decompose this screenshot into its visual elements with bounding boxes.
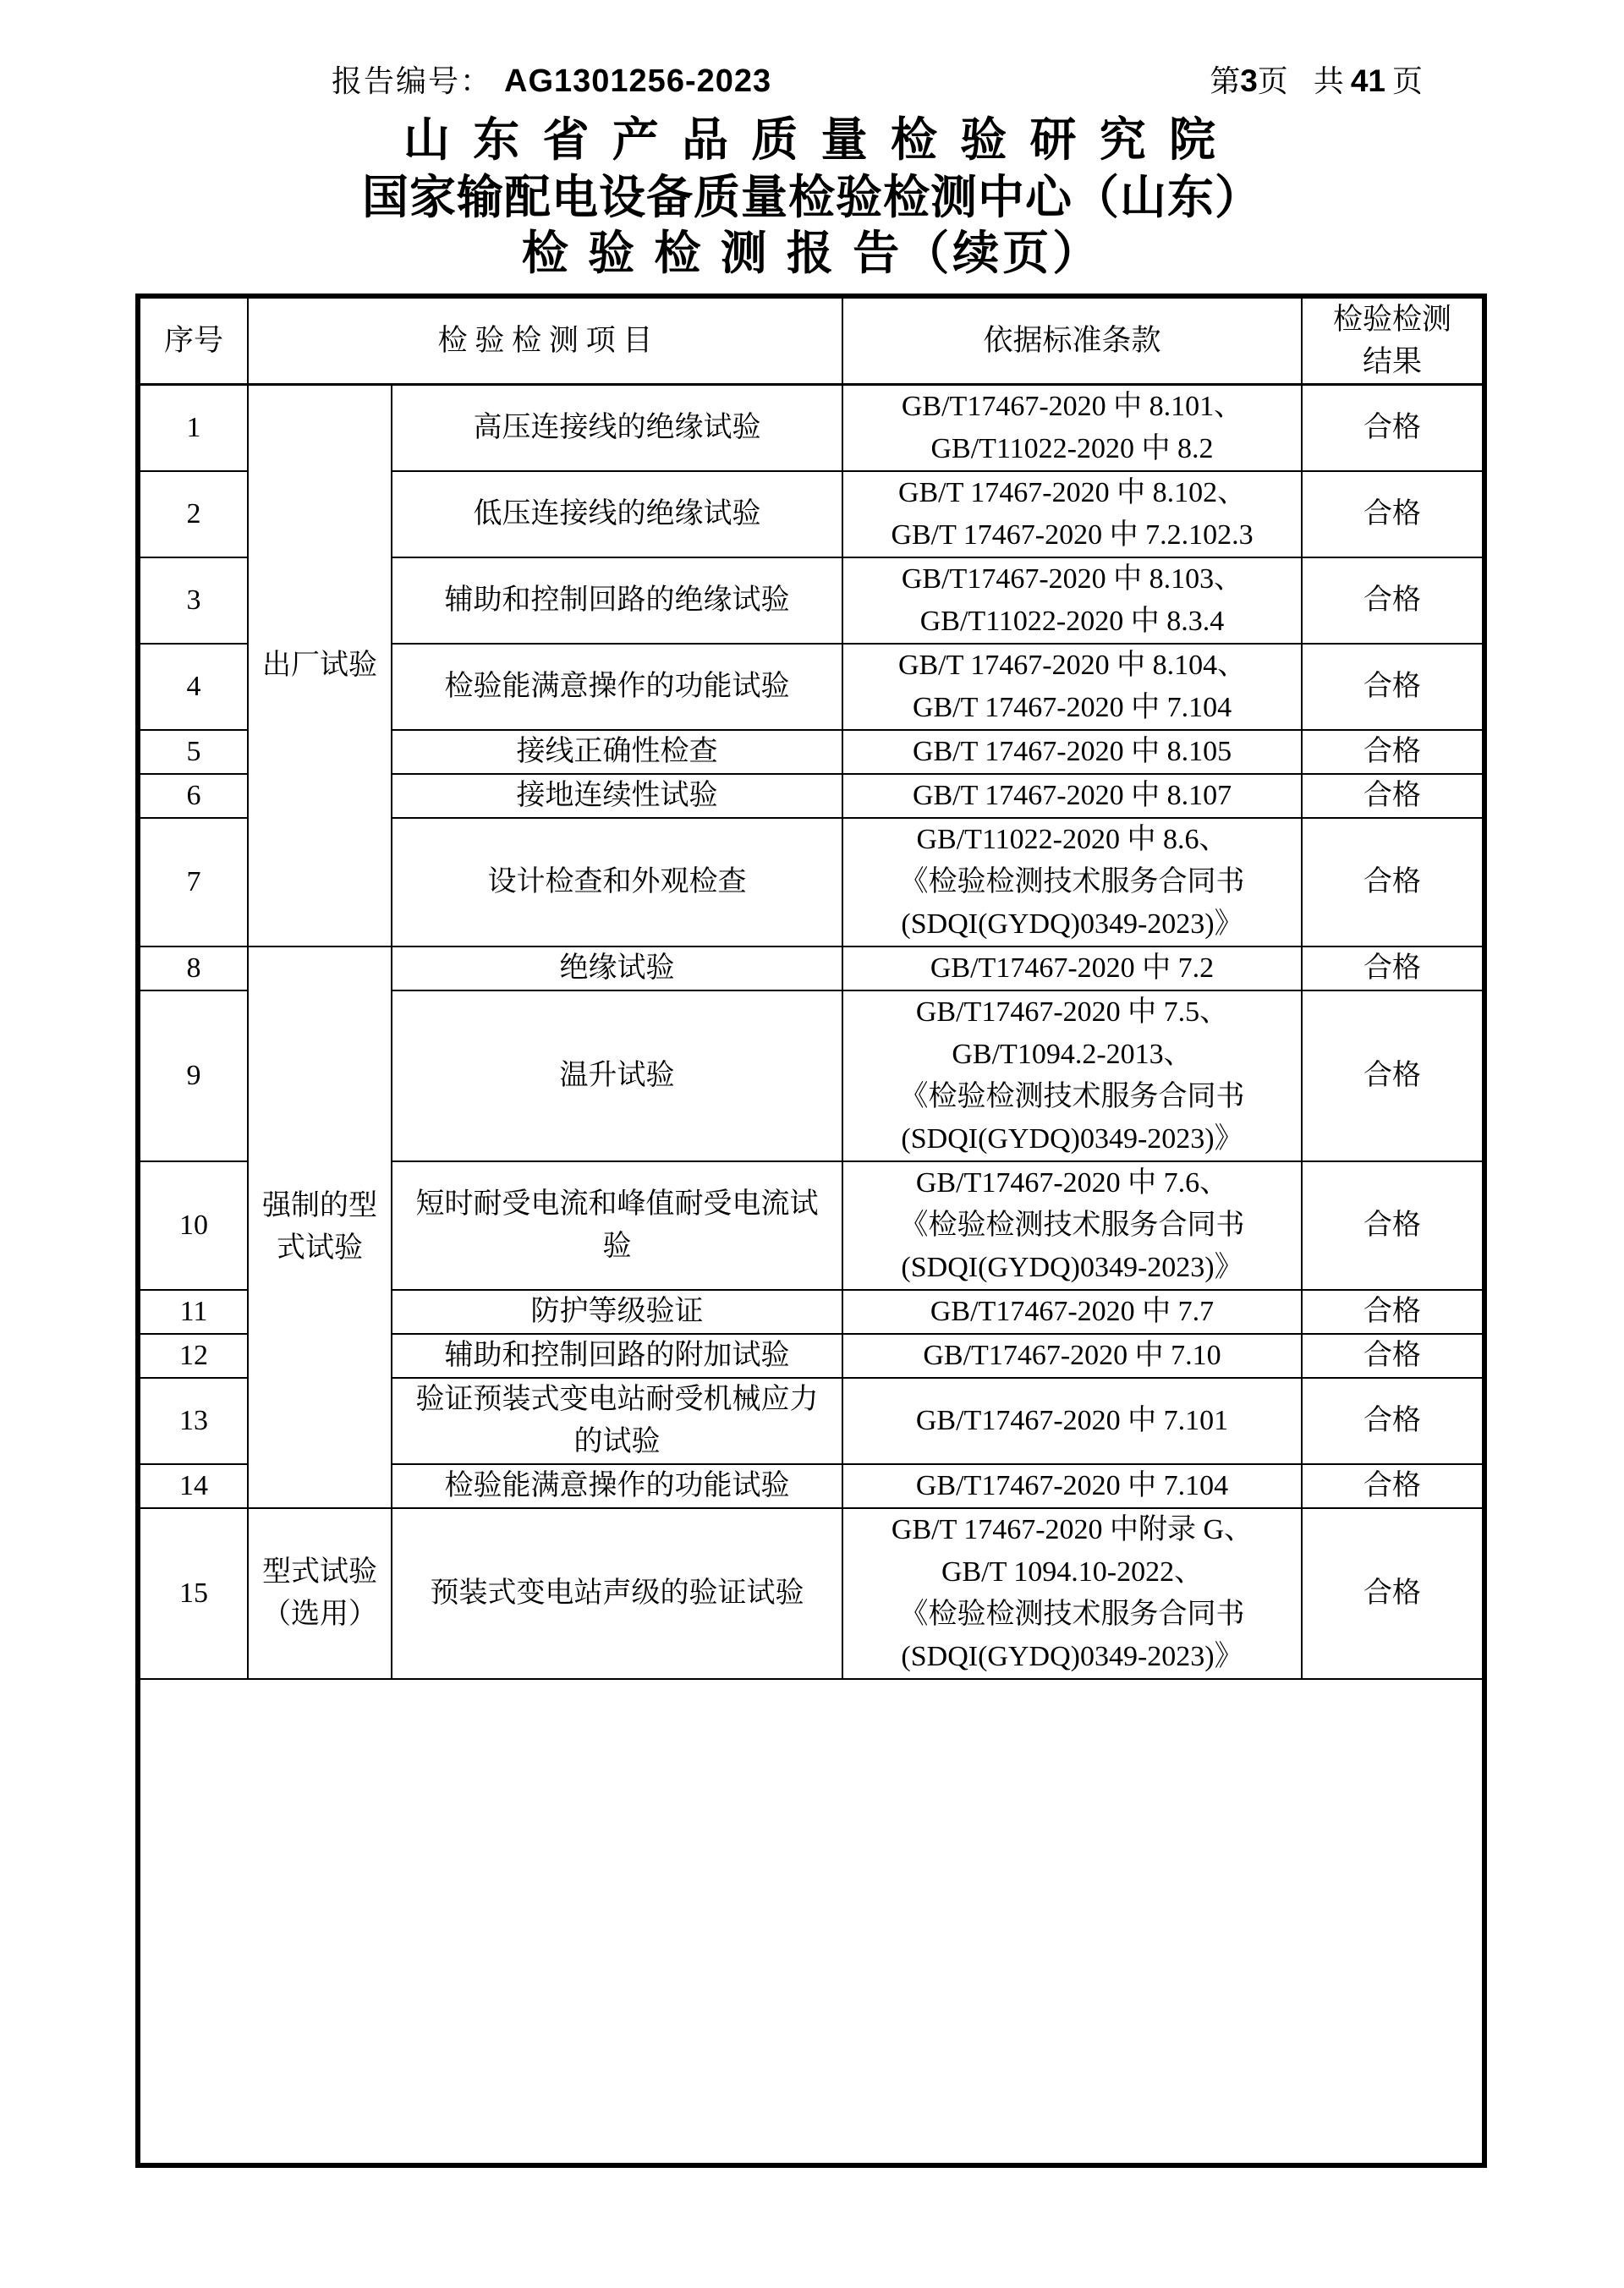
test-item-cell: 辅助和控制回路的附加试验 [392, 1334, 842, 1378]
test-item-cell: 验证预装式变电站耐受机械应力 的试验 [392, 1378, 842, 1464]
report-number-label: 报告编号： [135, 64, 492, 98]
result-cell: 合格 [1302, 644, 1484, 730]
test-group-cell: 型式试验 （选用） [248, 1508, 392, 1679]
result-cell: 合格 [1302, 1378, 1484, 1464]
row-number-cell: 10 [138, 1161, 248, 1290]
test-item-cell: 检验能满意操作的功能试验 [392, 1464, 842, 1508]
result-cell: 合格 [1302, 1290, 1484, 1334]
result-cell: 合格 [1302, 946, 1484, 990]
empty-filler-row [138, 1679, 1484, 2165]
row-number-cell: 1 [138, 385, 248, 472]
standard-clause-cell: GB/T17467-2020 中 8.103、 GB/T11022-2020 中… [842, 557, 1302, 644]
test-item-cell: 设计检查和外观检查 [392, 818, 842, 946]
result-cell: 合格 [1302, 385, 1484, 472]
col-header-no: 序号 [138, 296, 248, 385]
result-cell: 合格 [1302, 1508, 1484, 1679]
report-table: 序号 检 验 检 测 项 目 依据标准条款 检验检测 结果 1出厂试验高压连接线… [135, 294, 1487, 2168]
page-prefix: 第 [1210, 64, 1240, 98]
standard-clause-cell: GB/T 17467-2020 中附录 G、 GB/T 1094.10-2022… [842, 1508, 1302, 1679]
report-table-body: 1出厂试验高压连接线的绝缘试验GB/T17467-2020 中 8.101、 G… [138, 385, 1484, 2166]
test-item-cell: 辅助和控制回路的绝缘试验 [392, 557, 842, 644]
row-number-cell: 6 [138, 774, 248, 818]
standard-clause-cell: GB/T17467-2020 中 7.10 [842, 1334, 1302, 1378]
row-number-cell: 14 [138, 1464, 248, 1508]
test-item-cell: 检验能满意操作的功能试验 [392, 644, 842, 730]
result-cell: 合格 [1302, 990, 1484, 1161]
test-item-cell: 接地连续性试验 [392, 774, 842, 818]
table-header-row: 序号 检 验 检 测 项 目 依据标准条款 检验检测 结果 [138, 296, 1484, 385]
pages-total: 41 [1351, 63, 1385, 98]
standard-clause-cell: GB/T17467-2020 中 7.2 [842, 946, 1302, 990]
standard-clause-cell: GB/T 17467-2020 中 8.104、 GB/T 17467-2020… [842, 644, 1302, 730]
standard-clause-cell: GB/T17467-2020 中 7.7 [842, 1290, 1302, 1334]
row-number-cell: 15 [138, 1508, 248, 1679]
row-number-cell: 3 [138, 557, 248, 644]
row-number-cell: 11 [138, 1290, 248, 1334]
page-word: 页 [1258, 64, 1288, 98]
result-cell: 合格 [1302, 471, 1484, 557]
test-item-cell: 接线正确性检查 [392, 730, 842, 774]
result-cell: 合格 [1302, 1464, 1484, 1508]
row-number-cell: 2 [138, 471, 248, 557]
result-cell: 合格 [1302, 557, 1484, 644]
standard-clause-cell: GB/T 17467-2020 中 8.102、 GB/T 17467-2020… [842, 471, 1302, 557]
result-cell: 合格 [1302, 1161, 1484, 1290]
test-item-cell: 防护等级验证 [392, 1290, 842, 1334]
standard-clause-cell: GB/T17467-2020 中 7.101 [842, 1378, 1302, 1464]
col-header-result: 检验检测 结果 [1302, 296, 1484, 385]
meta-line: 报告编号：AG1301256-2023 第3页共41页 [135, 61, 1482, 102]
row-number-cell: 9 [138, 990, 248, 1161]
row-number-cell: 4 [138, 644, 248, 730]
row-number-cell: 13 [138, 1378, 248, 1464]
test-item-cell: 高压连接线的绝缘试验 [392, 385, 842, 472]
row-number-cell: 8 [138, 946, 248, 990]
table-row: 15型式试验 （选用）预装式变电站声级的验证试验GB/T 17467-2020 … [138, 1508, 1484, 1679]
standard-clause-cell: GB/T11022-2020 中 8.6、 《检验检测技术服务合同书 (SDQI… [842, 818, 1302, 946]
standard-clause-cell: GB/T17467-2020 中 8.101、 GB/T11022-2020 中… [842, 385, 1302, 472]
col-header-item: 检 验 检 测 项 目 [248, 296, 842, 385]
report-number-value: AG1301256-2023 [504, 63, 771, 99]
col-header-standard: 依据标准条款 [842, 296, 1302, 385]
test-item-cell: 温升试验 [392, 990, 842, 1161]
row-number-cell: 12 [138, 1334, 248, 1378]
result-cell: 合格 [1302, 818, 1484, 946]
standard-clause-cell: GB/T 17467-2020 中 8.107 [842, 774, 1302, 818]
result-cell: 合格 [1302, 1334, 1484, 1378]
empty-area [138, 1679, 1484, 2165]
standard-clause-cell: GB/T17467-2020 中 7.104 [842, 1464, 1302, 1508]
result-cell: 合格 [1302, 730, 1484, 774]
test-item-cell: 短时耐受电流和峰值耐受电流试 验 [392, 1161, 842, 1290]
title-line-1: 山 东 省 产 品 质 量 检 验 研 究 院 [0, 110, 1624, 169]
test-item-cell: 绝缘试验 [392, 946, 842, 990]
table-row: 1出厂试验高压连接线的绝缘试验GB/T17467-2020 中 8.101、 G… [138, 385, 1484, 472]
row-number-cell: 5 [138, 730, 248, 774]
page-indicator: 第3页共41页 [1210, 61, 1423, 102]
standard-clause-cell: GB/T 17467-2020 中 8.105 [842, 730, 1302, 774]
title-line-2: 国家输配电设备质量检验检测中心（山东） [0, 169, 1624, 225]
title-line-3: 检 验 检 测 报 告（续页） [0, 225, 1624, 281]
pages-suffix: 页 [1392, 64, 1423, 98]
table-row: 8强制的型 式试验绝缘试验GB/T17467-2020 中 7.2合格 [138, 946, 1484, 990]
standard-clause-cell: GB/T17467-2020 中 7.5、 GB/T1094.2-2013、 《… [842, 990, 1302, 1161]
result-cell: 合格 [1302, 774, 1484, 818]
page-number: 3 [1240, 63, 1258, 98]
test-group-cell: 强制的型 式试验 [248, 946, 392, 1508]
title-block: 山 东 省 产 品 质 量 检 验 研 究 院 国家输配电设备质量检验检测中心（… [0, 110, 1624, 281]
test-item-cell: 预装式变电站声级的验证试验 [392, 1508, 842, 1679]
row-number-cell: 7 [138, 818, 248, 946]
standard-clause-cell: GB/T17467-2020 中 7.6、 《检验检测技术服务合同书 (SDQI… [842, 1161, 1302, 1290]
test-group-cell: 出厂试验 [248, 385, 392, 947]
pages-total-label: 共 [1314, 64, 1344, 98]
test-item-cell: 低压连接线的绝缘试验 [392, 471, 842, 557]
